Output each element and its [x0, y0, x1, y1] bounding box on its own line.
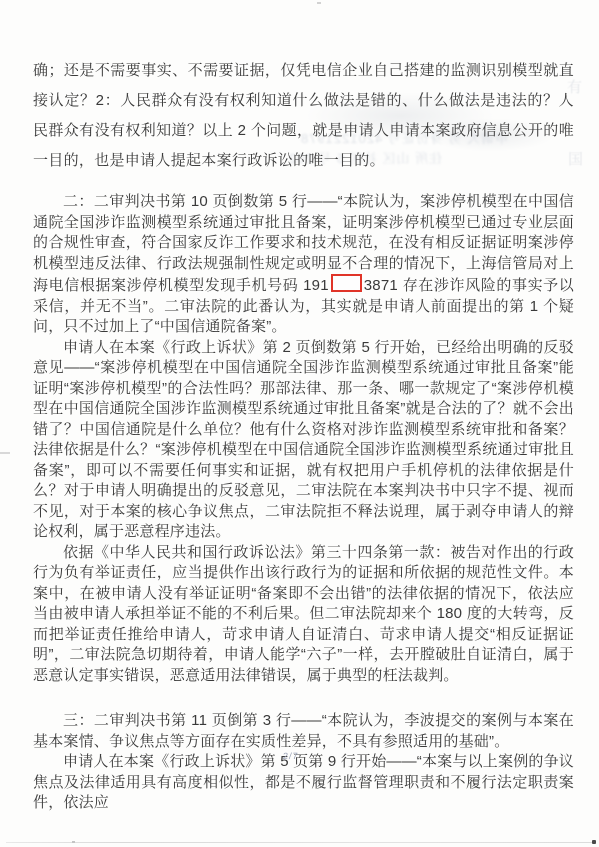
paragraph-1: 确；还是不需要事实、不需要证据，仅凭电信企业自己搭建的监测识别模型就直接认定？2… [33, 56, 574, 176]
paragraph-5: 三：二审判决书第 11 页倒第 3 行——“本院认为，李波提交的案例与本案在基本… [33, 711, 574, 752]
scan-artifact-dot [592, 840, 596, 844]
paragraph-3: 申请人在本案《行政上诉状》第 2 页倒数第 5 行开始，已经给出明确的反驳意见—… [33, 338, 574, 543]
section-2: 二：二审判决书第 10 页倒数第 5 行——“本院认为，案涉停机模型在中国信通院… [33, 192, 574, 686]
paragraph-2: 二：二审判决书第 10 页倒数第 5 行——“本院认为，案涉停机模型在中国信通院… [33, 192, 574, 338]
paragraph-6: 申请人在本案《行政上诉状》第 5 页第 9 行开始——“本案与以上案例的争议焦点… [33, 752, 574, 814]
scan-artifact-dot [72, 841, 75, 843]
paragraph-4: 依据《中华人民共和国行政诉讼法》第三十四条第一款：被告对作出的行政行为负有举证责… [33, 543, 574, 687]
scan-artifact-dash [0, 452, 10, 454]
scan-artifact-speck [317, 2, 321, 4]
redaction-box [331, 274, 362, 292]
section-3: 三：二审判决书第 11 页倒第 3 行——“本院认为，李波提交的案例与本案在基本… [33, 711, 574, 814]
scanned-document-page: 申请人 男 身份证号 4201221978 住所 山区 社区 5 号 202 有… [0, 0, 599, 847]
document-text-column: 确；还是不需要事实、不需要证据，仅凭电信企业自己搭建的监测识别模型就直接认定？2… [33, 0, 574, 814]
scan-edge-line [6, 842, 594, 843]
page-number: 2/7 [282, 751, 299, 761]
